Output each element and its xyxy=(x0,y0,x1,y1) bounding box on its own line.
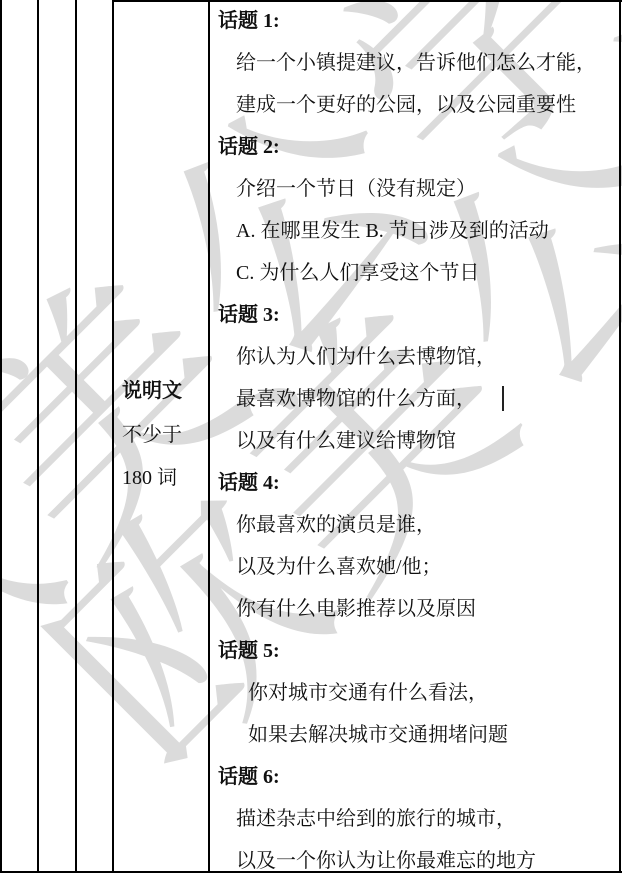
table-border-col4 xyxy=(208,0,210,873)
topic-6-line[interactable]: 以及一个你认为让你最难忘的地方 xyxy=(210,840,619,871)
topic-2-line[interactable]: C. 为什么人们享受这个节日 xyxy=(210,252,619,294)
table-border-col3 xyxy=(112,0,114,873)
topics-cell[interactable]: 话题 1: 给一个小镇提建议，告诉他们怎么才能， 建成一个更好的公园，以及公园重… xyxy=(210,0,619,871)
table-border-right xyxy=(619,0,621,873)
topic-1-line[interactable]: 建成一个更好的公园，以及公园重要性 xyxy=(210,84,619,126)
topic-4-header[interactable]: 话题 4: xyxy=(210,462,619,504)
topic-3-line[interactable]: 以及有什么建议给博物馆 xyxy=(210,420,619,462)
topic-4-line[interactable]: 你有什么电影推荐以及原因 xyxy=(210,588,619,630)
topic-2-line[interactable]: A. 在哪里发生 B. 节日涉及到的活动 xyxy=(210,210,619,252)
topic-5-line[interactable]: 如果去解决城市交通拥堵问题 xyxy=(210,714,619,756)
table-border-col1 xyxy=(37,0,39,873)
topic-6-header[interactable]: 话题 6: xyxy=(210,756,619,798)
table-border-col2 xyxy=(75,0,77,873)
word-count-requirement-line1: 不少于 xyxy=(122,414,206,458)
essay-genre-label: 说明文 xyxy=(122,370,206,414)
topic-1-header[interactable]: 话题 1: xyxy=(210,0,619,42)
topic-4-line[interactable]: 你最喜欢的演员是谁， xyxy=(210,504,619,546)
topic-3-line-text: 最喜欢博物馆的什么方面， xyxy=(236,388,476,410)
topic-4-line[interactable]: 以及为什么喜欢她/他； xyxy=(210,546,619,588)
topic-2-line[interactable]: 介绍一个节日（没有规定） xyxy=(210,168,619,210)
topic-5-line[interactable]: 你对城市交通有什么看法， xyxy=(210,672,619,714)
topic-2-header[interactable]: 话题 2: xyxy=(210,126,619,168)
topic-5-header[interactable]: 话题 5: xyxy=(210,630,619,672)
topic-3-line[interactable]: 你认为人们为什么去博物馆， xyxy=(210,336,619,378)
topic-3-line[interactable]: 最喜欢博物馆的什么方面， xyxy=(210,378,619,420)
text-cursor xyxy=(502,386,504,411)
word-count-requirement-line2: 180 词 xyxy=(122,457,206,501)
topic-1-line[interactable]: 给一个小镇提建议，告诉他们怎么才能， xyxy=(210,42,619,84)
topic-6-line[interactable]: 描述杂志中给到的旅行的城市， xyxy=(210,798,619,840)
table-border-left xyxy=(0,0,2,873)
table-border-bottom xyxy=(0,871,622,873)
essay-type-cell[interactable]: 说明文 不少于 180 词 xyxy=(114,0,206,871)
topic-3-header[interactable]: 话题 3: xyxy=(210,294,619,336)
document-page: 欧美公学 欧美公学 说明文 不少于 180 词 话题 1: 给一个小镇提建议，告… xyxy=(0,0,622,876)
table-border-top xyxy=(112,0,622,2)
